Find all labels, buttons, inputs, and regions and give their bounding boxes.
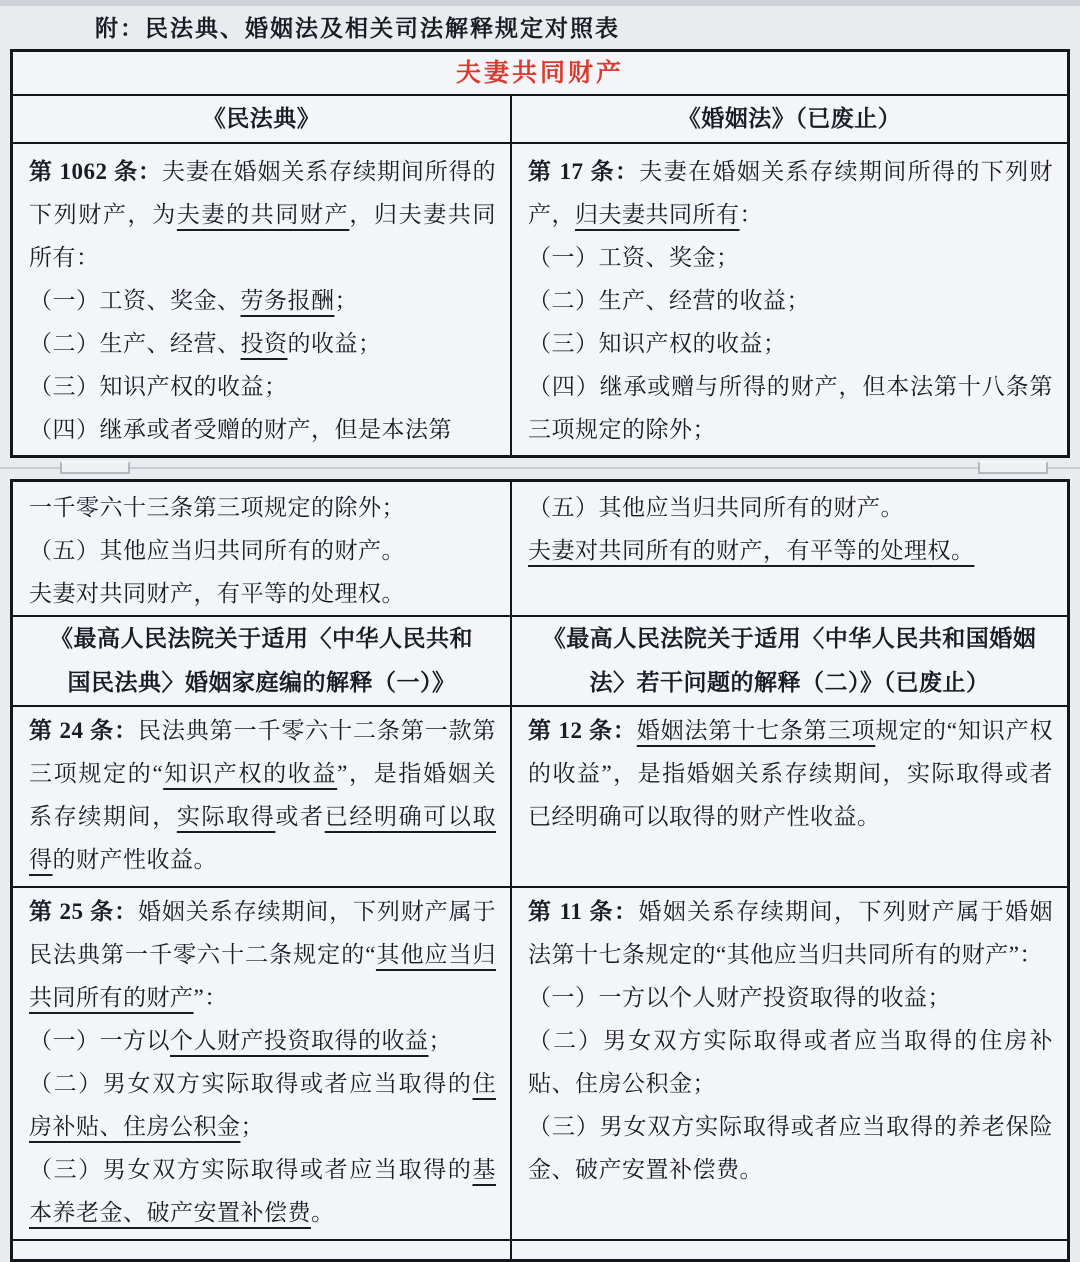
underlined-segment: 投资 bbox=[241, 331, 288, 356]
header-marriage-law-interpretation: 《最高人民法院关于适用〈中华人民共和国婚姻法〉若干问题的解释（二）》（已废止） bbox=[510, 617, 1067, 705]
text-segment: ”： bbox=[194, 985, 228, 1010]
underlined-segment: 实际取得 bbox=[177, 804, 276, 829]
article-label: 第 24 条： bbox=[29, 718, 138, 743]
text-segment: ： bbox=[740, 202, 764, 227]
cell-marriage-law-article-17: 第 17 条：夫妻在婚姻关系存续期间所得的下列财产，归夫妻共同所有： （一）工资… bbox=[510, 144, 1067, 455]
clause-paragraph: 第 11 条：婚姻关系存续期间，下列财产属于婚姻法第十七条规定的“其他应当归共同… bbox=[528, 890, 1053, 976]
cell-partial-right bbox=[510, 1241, 1067, 1259]
clause-item: （三）男女双方实际取得或者应当取得的基本养老金、破产安置补偿费。 bbox=[29, 1148, 496, 1234]
text-segment: ； bbox=[429, 1028, 453, 1053]
clause-paragraph: 第 24 条：民法典第一千零六十二条第一款第三项规定的“知识产权的收益”，是指婚… bbox=[29, 709, 496, 881]
cell-partial-left bbox=[13, 1241, 510, 1259]
text-segment: 或者 bbox=[275, 804, 324, 829]
column-header-civil-code: 《民法典》 bbox=[13, 96, 510, 142]
text-segment: 。 bbox=[311, 1200, 335, 1225]
text-segment: （三）男女双方实际取得或者应当取得的 bbox=[29, 1157, 473, 1182]
clause-item: （二）生产、经营、投资的收益； bbox=[29, 322, 496, 365]
cell-interpretation-article-11: 第 11 条：婚姻关系存续期间，下列财产属于婚姻法第十七条规定的“其他应当归共同… bbox=[510, 888, 1067, 1239]
clause-line: 一千零六十三条第三项规定的除外； bbox=[29, 486, 496, 529]
clause-item: （三）知识产权的收益； bbox=[528, 322, 1053, 365]
underlined-segment: 婚姻法第十七条第三项 bbox=[637, 718, 876, 743]
clause-item: （一）一方以个人财产投资取得的收益； bbox=[528, 976, 1053, 1019]
clause-paragraph: 第 1062 条：夫妻在婚姻关系存续期间所得的下列财产，为夫妻的共同财产，归夫妻… bbox=[29, 150, 496, 279]
text-segment: （二）生产、经营、 bbox=[29, 331, 241, 356]
text-segment: ； bbox=[241, 1114, 265, 1139]
row-continuation: 一千零六十三条第三项规定的除外； （五）其他应当归共同所有的财产。 夫妻对共同财… bbox=[13, 482, 1067, 615]
clause-item: （二）男女双方实际取得或者应当取得的住房补贴、住房公积金； bbox=[29, 1062, 496, 1148]
header-civil-code-interpretation: 《最高人民法院关于适用〈中华人民共和国民法典〉婚姻家庭编的解释（一）》 bbox=[13, 617, 510, 705]
row-article-24-vs-12: 第 24 条：民法典第一千零六十二条第一款第三项规定的“知识产权的收益”，是指婚… bbox=[13, 705, 1067, 886]
article-label: 第 25 条： bbox=[29, 899, 138, 924]
cell-civil-code-article-1062: 第 1062 条：夫妻在婚姻关系存续期间所得的下列财产，为夫妻的共同财产，归夫妻… bbox=[13, 144, 510, 455]
row-article-1062-vs-17: 第 1062 条：夫妻在婚姻关系存续期间所得的下列财产，为夫妻的共同财产，归夫妻… bbox=[13, 142, 1067, 455]
clause-line: （五）其他应当归共同所有的财产。 bbox=[29, 529, 496, 572]
document-title: 附：民法典、婚姻法及相关司法解释规定对照表 bbox=[95, 13, 1080, 45]
clause-item: （二）生产、经营的收益； bbox=[528, 279, 1053, 322]
interpretation-header-row: 《最高人民法院关于适用〈中华人民共和国民法典〉婚姻家庭编的解释（一）》 《最高人… bbox=[13, 615, 1067, 705]
underlined-segment: 归夫妻共同所有 bbox=[575, 202, 740, 227]
cell-civil-code-continuation: 一千零六十三条第三项规定的除外； （五）其他应当归共同所有的财产。 夫妻对共同财… bbox=[13, 482, 510, 615]
comparison-table-lower: 一千零六十三条第三项规定的除外； （五）其他应当归共同所有的财产。 夫妻对共同财… bbox=[10, 479, 1070, 1262]
clause-paragraph: 第 25 条：婚姻关系存续期间，下列财产属于民法典第一千零六十二条规定的“其他应… bbox=[29, 890, 496, 1019]
cell-interpretation-article-12: 第 12 条：婚姻法第十七条第三项规定的“知识产权的收益”，是指婚姻关系存续期间… bbox=[510, 707, 1067, 886]
cell-marriage-law-continuation: （五）其他应当归共同所有的财产。 夫妻对共同所有的财产，有平等的处理权。 bbox=[510, 482, 1067, 615]
cell-interpretation-article-25: 第 25 条：婚姻关系存续期间，下列财产属于民法典第一千零六十二条规定的“其他应… bbox=[13, 888, 510, 1239]
clause-paragraph: 第 17 条：夫妻在婚姻关系存续期间所得的下列财产，归夫妻共同所有： bbox=[528, 150, 1053, 236]
cell-interpretation-article-24: 第 24 条：民法典第一千零六十二条第一款第三项规定的“知识产权的收益”，是指婚… bbox=[13, 707, 510, 886]
seam-clip-right bbox=[978, 461, 1048, 474]
underlined-segment: 劳务报酬 bbox=[241, 288, 335, 313]
page-seam bbox=[10, 458, 1070, 479]
row-partial-cutoff bbox=[13, 1239, 1067, 1259]
row-article-25-vs-11: 第 25 条：婚姻关系存续期间，下列财产属于民法典第一千零六十二条规定的“其他应… bbox=[13, 886, 1067, 1239]
column-header-marriage-law: 《婚姻法》（已废止） bbox=[510, 96, 1067, 142]
text-segment: （一）一方以 bbox=[29, 1028, 170, 1053]
clause-item: （四）继承或赠与所得的财产，但本法第十八条第三项规定的除外； bbox=[528, 365, 1053, 451]
text-segment: ； bbox=[335, 288, 359, 313]
column-header-row: 《民法典》 《婚姻法》（已废止） bbox=[13, 96, 1067, 142]
article-label: 第 11 条： bbox=[528, 899, 638, 924]
article-label: 第 12 条： bbox=[528, 718, 637, 743]
underlined-segment: 夫妻的共同财产 bbox=[177, 202, 349, 227]
clause-item: （一）工资、奖金； bbox=[528, 236, 1053, 279]
text-segment: 的财产性收益。 bbox=[53, 847, 218, 872]
clause-item: （三）男女双方实际取得或者应当取得的养老保险金、破产安置补偿费。 bbox=[528, 1105, 1053, 1191]
page-top-edge bbox=[0, 0, 1080, 6]
text-segment: （一）工资、奖金、 bbox=[29, 288, 241, 313]
clause-item: （三）知识产权的收益； bbox=[29, 365, 496, 408]
document-page: 附：民法典、婚姻法及相关司法解释规定对照表 夫妻共同财产 《民法典》 《婚姻法》… bbox=[0, 0, 1080, 1262]
clause-paragraph: 第 12 条：婚姻法第十七条第三项规定的“知识产权的收益”，是指婚姻关系存续期间… bbox=[528, 709, 1053, 838]
article-label: 第 17 条： bbox=[528, 159, 639, 184]
text-segment: （二）男女双方实际取得或者应当取得的 bbox=[29, 1071, 473, 1096]
underlined-segment: 夫妻对共同所有的财产，有平等的处理权。 bbox=[528, 538, 975, 563]
clause-item: （一）一方以个人财产投资取得的收益； bbox=[29, 1019, 496, 1062]
seam-clip-left bbox=[60, 461, 130, 474]
clause-line: （五）其他应当归共同所有的财产。 bbox=[528, 486, 1053, 529]
clause-line: 夫妻对共同财产，有平等的处理权。 bbox=[29, 572, 496, 615]
underlined-segment: 知识产权的收益 bbox=[163, 761, 337, 786]
clause-item: （一）工资、奖金、劳务报酬； bbox=[29, 279, 496, 322]
seam-line bbox=[0, 467, 1080, 469]
clause-item: （四）继承或者受赠的财产，但是本法第 bbox=[29, 408, 496, 451]
underlined-segment: 个人财产投资取得的收益 bbox=[170, 1028, 429, 1053]
clause-item: （二）男女双方实际取得或者应当取得的住房补贴、住房公积金； bbox=[528, 1019, 1053, 1105]
comparison-table-upper: 夫妻共同财产 《民法典》 《婚姻法》（已废止） 第 1062 条：夫妻在婚姻关系… bbox=[10, 49, 1070, 458]
table-banner-joint-property: 夫妻共同财产 bbox=[13, 52, 1067, 96]
clause-line: 夫妻对共同所有的财产，有平等的处理权。 bbox=[528, 529, 1053, 572]
text-segment: 的收益； bbox=[288, 331, 382, 356]
article-label: 第 1062 条： bbox=[29, 159, 162, 184]
